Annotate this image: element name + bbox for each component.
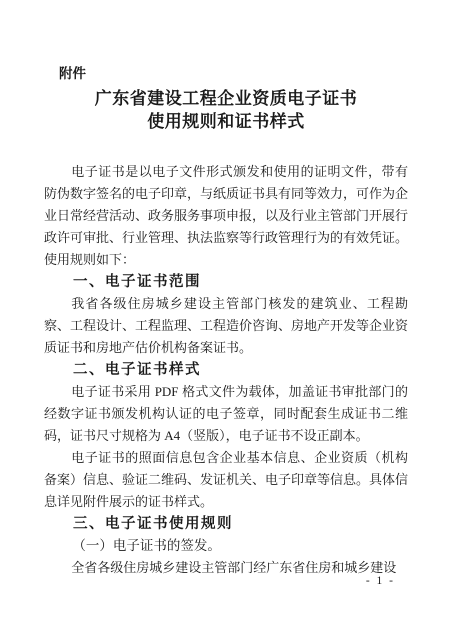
attachment-label: 附件 xyxy=(59,66,86,83)
section2-heading: 二、电子证书样式 xyxy=(44,359,408,381)
section1-body: 我省各级住房城乡建设主管部门核发的建筑业、工程勘察、工程设计、工程监理、工程造价… xyxy=(44,293,408,359)
section3-body: 全省各级住房城乡建设主管部门经广东省住房和城乡建设 xyxy=(44,557,408,579)
document-page: 附件 广东省建设工程企业资质电子证书 使用规则和证书样式 电子证书是以电子文件形… xyxy=(0,0,452,640)
section3-heading: 三、电子证书使用规则 xyxy=(44,513,408,535)
section3-subheading: （一）电子证书的签发。 xyxy=(44,535,408,557)
page-number: - 1 - xyxy=(366,575,395,587)
section2-body-1: 电子证书采用 PDF 格式文件为载体，加盖证书审批部门的经数字证书颁发机构认证的… xyxy=(44,381,408,447)
intro-paragraph: 电子证书是以电子文件形式颁发和使用的证明文件，带有防伪数字签名的电子印章，与纸质… xyxy=(44,161,408,271)
section2-body-2: 电子证书的照面信息包含企业基本信息、企业资质（机构备案）信息、验证二维码、发证机… xyxy=(44,447,408,513)
document-title-line2: 使用规则和证书样式 xyxy=(0,111,452,134)
document-body: 电子证书是以电子文件形式颁发和使用的证明文件，带有防伪数字签名的电子印章，与纸质… xyxy=(44,161,408,579)
document-title-line1: 广东省建设工程企业资质电子证书 xyxy=(0,88,452,111)
document-title: 广东省建设工程企业资质电子证书 使用规则和证书样式 xyxy=(0,88,452,134)
section1-heading: 一、电子证书范围 xyxy=(44,271,408,293)
